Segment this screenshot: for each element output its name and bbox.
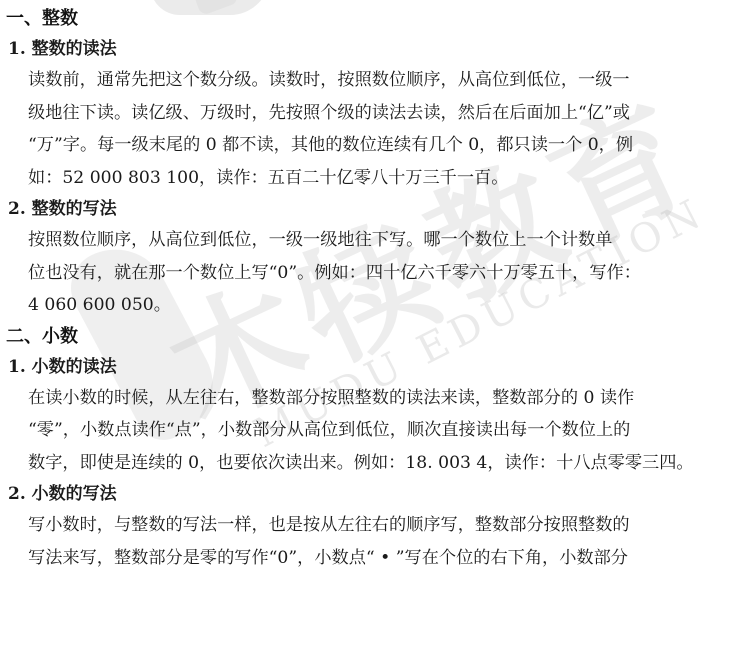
text-line: 写小数时，与整数的写法一样，也是按从左往右的顺序写，整数部分按照整数的 — [28, 509, 731, 542]
document-body: 一、整数 1. 整数的读法 读数前，通常先把这个数分级。读数时，按照数位顺序，从… — [0, 0, 739, 574]
text-line: 位也没有，就在那一个数位上写“0”。例如：四十亿六千零六十万零五十，写作： — [28, 257, 731, 290]
paragraph-integer-reading: 读数前，通常先把这个数分级。读数时，按照数位顺序，从高位到低位，一级一 级地往下… — [0, 64, 739, 194]
subsection-title-integer-writing: 2. 整数的写法 — [0, 194, 739, 224]
text-line: 如：52 000 803 100，读作：五百二十亿零八十万三千一百。 — [28, 162, 731, 195]
text-line: “万”字。每一级末尾的 0 都不读，其他的数位连续有几个 0，都只读一个 0，例 — [28, 129, 731, 162]
text-line: 读数前，通常先把这个数分级。读数时，按照数位顺序，从高位到低位，一级一 — [28, 64, 731, 97]
paragraph-integer-writing: 按照数位顺序，从高位到低位，一级一级地往下写。哪一个数位上一个计数单 位也没有，… — [0, 224, 739, 322]
subsection-title-decimal-reading: 1. 小数的读法 — [0, 352, 739, 382]
text-line: 写法来写，整数部分是零的写作“0”，小数点“ • ”写在个位的右下角，小数部分 — [28, 542, 731, 575]
section-heading-decimals: 二、小数 — [0, 322, 739, 352]
text-line: 4 060 600 050。 — [28, 289, 731, 322]
paragraph-decimal-writing: 写小数时，与整数的写法一样，也是按从左往右的顺序写，整数部分按照整数的 写法来写… — [0, 509, 739, 574]
text-line: “零”，小数点读作“点”，小数部分从高位到低位，顺次直接读出每一个数位上的 — [28, 414, 731, 447]
subsection-title-integer-reading: 1. 整数的读法 — [0, 34, 739, 64]
text-line: 级地往下读。读亿级、万级时，先按照个级的读法去读，然后在后面加上“亿”或 — [28, 97, 731, 130]
text-line: 在读小数的时候，从左往右，整数部分按照整数的读法来读，整数部分的 0 读作 — [28, 382, 731, 415]
text-line: 按照数位顺序，从高位到低位，一级一级地往下写。哪一个数位上一个计数单 — [28, 224, 731, 257]
paragraph-decimal-reading: 在读小数的时候，从左往右，整数部分按照整数的读法来读，整数部分的 0 读作 “零… — [0, 382, 739, 480]
text-line: 数字，即使是连续的 0，也要依次读出来。例如：18. 003 4，读作：十八点零… — [28, 447, 731, 480]
section-heading-integers: 一、整数 — [0, 4, 739, 34]
subsection-title-decimal-writing: 2. 小数的写法 — [0, 479, 739, 509]
